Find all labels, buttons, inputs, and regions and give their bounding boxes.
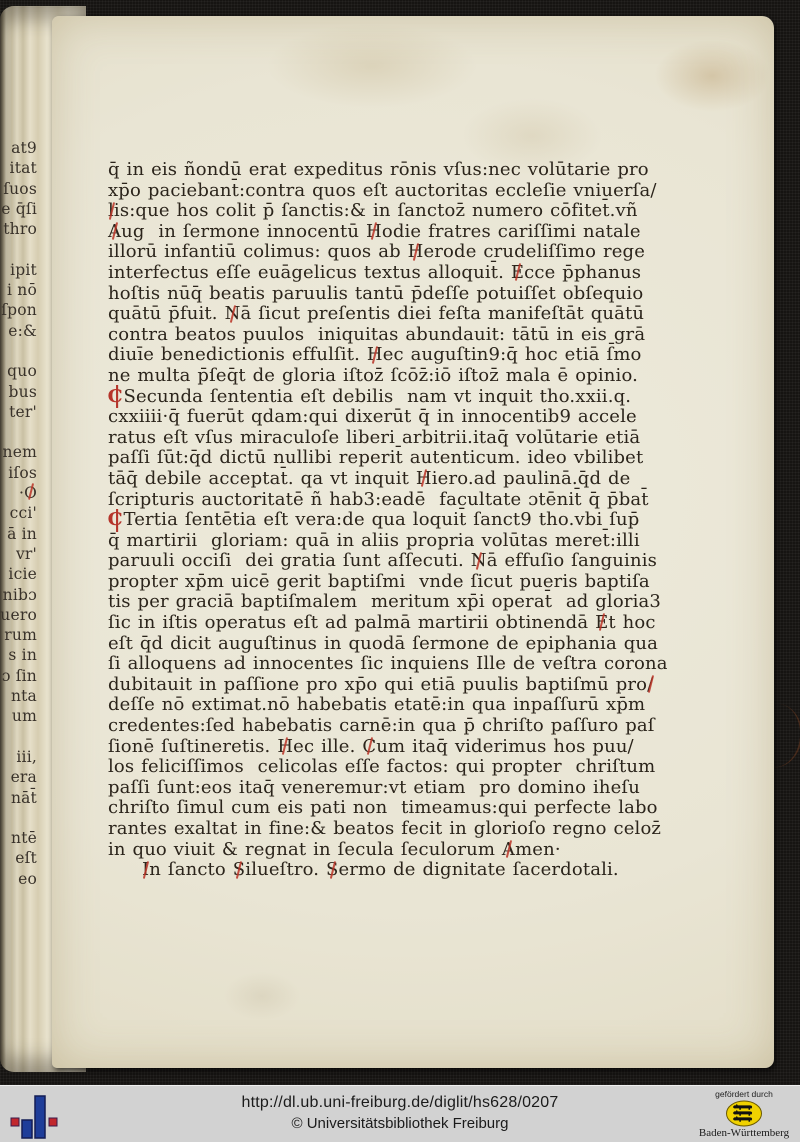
text-line: quātū p̄fuit. Nā ſicut preſentis diei fe… xyxy=(108,304,712,325)
ink-smudge xyxy=(755,702,800,770)
funding-name: Baden-Württemberg xyxy=(692,1128,796,1139)
margin-fragment: s in xyxy=(0,645,40,665)
margin-fragment: nta xyxy=(0,686,40,706)
rubricated-letter: N xyxy=(225,304,241,325)
text-line: chriſto ſimul cum eis pati non timeamus:… xyxy=(108,798,712,819)
margin-fragment: e q̄ſi xyxy=(0,199,40,219)
copyright-notice: © Universitätsbibliothek Freiburg xyxy=(0,1115,800,1132)
margin-fragment: i nō xyxy=(0,280,40,300)
text-line: CSecunda ſententia eſt debilis nam vt in… xyxy=(108,387,712,408)
text-line: ratus eſt vſus miraculoſe liberi arbitri… xyxy=(108,428,712,449)
margin-fragment: era xyxy=(0,767,40,787)
footer-bar: http://dl.ub.uni-freiburg.de/diglit/hs62… xyxy=(0,1085,800,1142)
text-line: In ſancto Silueſtro. Sermo de dignitate … xyxy=(108,860,712,881)
margin-fragment: cci' xyxy=(0,503,40,523)
text-line: rantes exaltat in fine:& beatos fecit in… xyxy=(108,819,712,840)
rubricated-letter: A xyxy=(108,222,121,243)
text-line: dubitauit in paſſione pro xp̄o qui etiā … xyxy=(108,675,712,696)
scan-photo: at9itatſuose q̄ſithroipiti nōſpone:&quob… xyxy=(0,0,800,1085)
text-line: cxxiiii·q̄ fuerūt qdam:qui dixerūt q̄ in… xyxy=(108,407,712,428)
rubricated-letter: l xyxy=(108,201,114,222)
text-line: diuīe benedictionis effulſit. Hec auguſt… xyxy=(108,345,712,366)
text-line: tis per graciā baptiſmalem meritum xp̄i … xyxy=(108,592,712,613)
text-line: ſi alloquens ad innocentes ſic inquiens … xyxy=(108,654,712,675)
margin-fragment: e:& xyxy=(0,321,40,341)
funding-label: gefördert durch xyxy=(692,1090,796,1099)
text-line: in quo viuit & regnat in ſecula ſeculoru… xyxy=(108,840,712,861)
rubricated-letter: H xyxy=(416,469,432,490)
margin-fragment: iii, xyxy=(0,747,40,767)
text-line: deſſe nō extimat.nō habebatis etatē:in q… xyxy=(108,695,712,716)
text-line: paſſi ſunt:eos itaq̄ veneremur:vt etiam … xyxy=(108,778,712,799)
margin-fragment xyxy=(0,341,40,361)
text-line: los feliciſſimos celicolas eſſe factos: … xyxy=(108,757,712,778)
margin-fragment xyxy=(0,808,40,828)
margin-fragment: ſpon xyxy=(0,300,40,320)
rubricated-letter: O xyxy=(24,483,37,503)
rubricated-letter: N xyxy=(471,551,487,572)
rubricated-letter: S xyxy=(233,860,245,881)
text-line: ſcripturis auctoritatē ñ hab3:eadē facul… xyxy=(108,490,712,511)
margin-fragment: ter' xyxy=(0,402,40,422)
margin-fragment xyxy=(0,422,40,442)
text-line: q̄ martirii gloriam: quā in aliis propri… xyxy=(108,531,712,552)
footer-text: http://dl.ub.uni-freiburg.de/diglit/hs62… xyxy=(0,1086,800,1132)
margin-fragments: at9itatſuose q̄ſithroipiti nōſpone:&quob… xyxy=(0,138,40,889)
margin-fragment: uero xyxy=(0,605,40,625)
rubricated-letter: H xyxy=(277,737,293,758)
rubricated-letter: H xyxy=(408,242,424,263)
rubricated-letter: C xyxy=(362,737,376,758)
margin-fragment: icie xyxy=(0,564,40,584)
margin-fragment: um xyxy=(0,706,40,726)
margin-fragment: at9 xyxy=(0,138,40,158)
text-line: tāq̄ debile acceptat̄. qa vt inquit Hier… xyxy=(108,469,712,490)
text-line: hoſtis nūq̄ beatis paruulis tantū p̄deſſ… xyxy=(108,284,712,305)
margin-fragment: nāt̄ xyxy=(0,788,40,808)
rubricated-letter: A xyxy=(502,840,515,861)
margin-fragment: ntē xyxy=(0,828,40,848)
pilcrow-mark: C xyxy=(108,387,123,408)
text-line: ne multa p̄ſeq̄t de gloria iſtoz̄ ſcōz̄:… xyxy=(108,366,712,387)
margin-fragment: iſos xyxy=(0,463,40,483)
text-line: interfectus eſſe euāgelicus textus alloq… xyxy=(108,263,712,284)
text-line: eſt q̄d dicit auguſtinus in quodā ſermon… xyxy=(108,634,712,655)
margin-fragment: ipit xyxy=(0,260,40,280)
margin-fragment: ·O xyxy=(0,483,40,503)
margin-fragment: vr' xyxy=(0,544,40,564)
rubricated-letter: S xyxy=(326,860,338,881)
margin-fragment: ſuos xyxy=(0,179,40,199)
document-url: http://dl.ub.uni-freiburg.de/diglit/hs62… xyxy=(0,1094,800,1112)
margin-fragment xyxy=(0,239,40,259)
margin-fragment: thro xyxy=(0,219,40,239)
text-line: q̄ in eis ñondū erat expeditus rōnis vſu… xyxy=(108,160,712,181)
margin-fragment: itat xyxy=(0,158,40,178)
rubricated-letter: I xyxy=(142,860,149,881)
baden-wuerttemberg-coat-of-arms-icon xyxy=(725,1100,763,1127)
rubricated-letter: E xyxy=(511,263,524,284)
margin-fragment: bus xyxy=(0,382,40,402)
text-line: credentes:ſed habebatis carnē:in qua p̄ … xyxy=(108,716,712,737)
margin-fragment: ā in xyxy=(0,524,40,544)
text-line: xp̄o paciebant̄:contra quos eſt auctorit… xyxy=(108,181,712,202)
margin-fragment xyxy=(0,727,40,747)
rubricated-letter: H xyxy=(367,345,383,366)
pilcrow-mark: C xyxy=(108,510,123,531)
margin-fragment: nem xyxy=(0,442,40,462)
funding-block: gefördert durch Baden-Württemberg xyxy=(692,1088,796,1139)
text-line: paruuli occiſi dei gratia ſunt aſſecuti.… xyxy=(108,551,712,572)
text-line: Aug in ſermone innocentū Hodie fratres c… xyxy=(108,222,712,243)
text-line: paſſi ſūt:q̄d dictū nullibi reperit̄ aut… xyxy=(108,448,712,469)
text-line: propter xp̄m uicē gerit baptiſmi vnde ſi… xyxy=(108,572,712,593)
text-line: ſionē ſuſtineretis. Hec ille. Cum itaq̄ … xyxy=(108,737,712,758)
margin-fragment: ɔ ſin xyxy=(0,666,40,686)
text-line: lis:que hos colit p̄ ſanctis:& in ſancto… xyxy=(108,201,712,222)
text-block: q̄ in eis ñondū erat expeditus rōnis vſu… xyxy=(108,160,712,881)
text-line: CTertia ſentētia eſt vera:de qua loquit̄… xyxy=(108,510,712,531)
text-line: illorū infantiū colimus: quos ab Herode … xyxy=(108,242,712,263)
margin-fragment: rum xyxy=(0,625,40,645)
rubricated-letter: E xyxy=(595,613,608,634)
margin-fragment: eo xyxy=(0,869,40,889)
text-line: ſic in iſtis operatus eſt ad palmā marti… xyxy=(108,613,712,634)
rubricated-letter: H xyxy=(366,222,382,243)
margin-fragment: eſt xyxy=(0,848,40,868)
text-line: contra beatos puulos iniquitas abundauit… xyxy=(108,325,712,346)
rubricated-letter: / xyxy=(647,675,653,696)
margin-fragment: nibɔ xyxy=(0,585,40,605)
margin-fragment: quo xyxy=(0,361,40,381)
